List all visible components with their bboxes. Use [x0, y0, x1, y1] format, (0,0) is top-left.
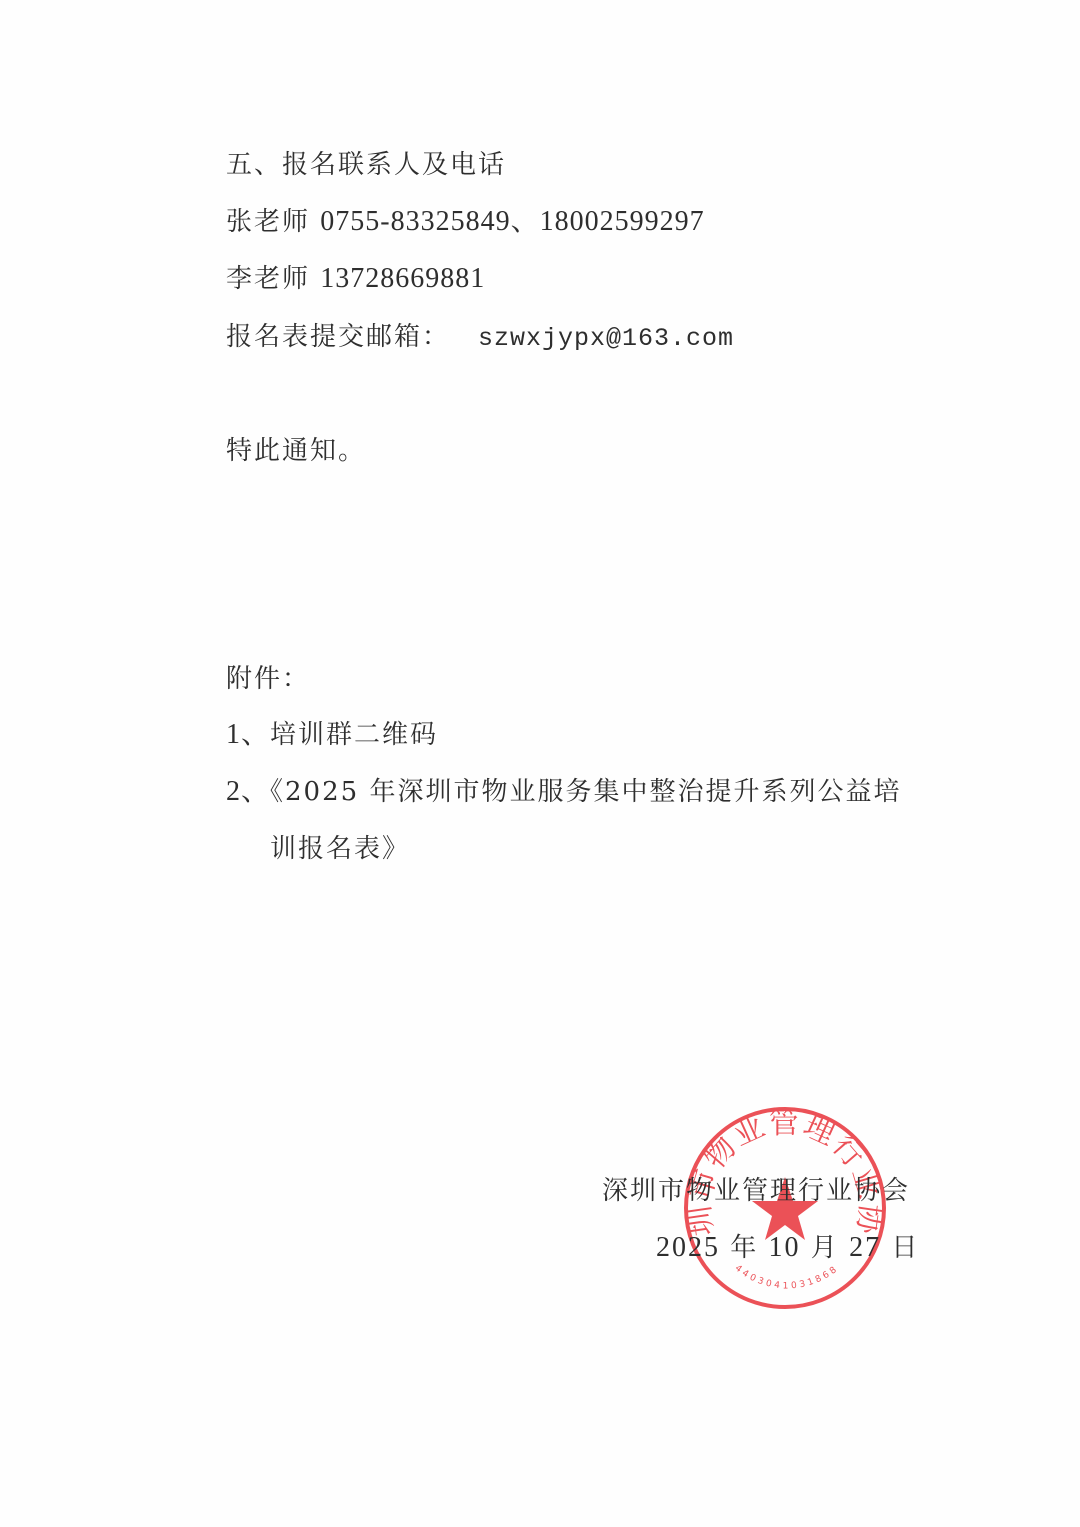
- section-heading: 五、报名联系人及电话: [226, 148, 506, 182]
- contact-phones[interactable]: 0755-83325849、18002599297: [320, 206, 704, 237]
- signature-date: 2025 年 10 月 27 日: [656, 1231, 919, 1265]
- date-day: 27: [849, 1232, 881, 1263]
- attachment-index: 1、: [226, 719, 270, 750]
- contact-line-2: 李老师 13728669881: [226, 262, 485, 296]
- attachment-title: 培训群二维码: [270, 720, 438, 750]
- official-seal-icon: 深圳市物业管理行业协会 4403041031868: [682, 1105, 888, 1311]
- date-month-suffix: 月: [801, 1233, 850, 1263]
- attachment-item-2: 2、《2025 年深圳市物业服务集中整治提升系列公益培: [226, 775, 901, 809]
- contact-name: 李老师: [226, 264, 310, 294]
- attachments-label: 附件：: [226, 662, 310, 696]
- document-page: 五、报名联系人及电话 张老师 0755-83325849、18002599297…: [0, 0, 1080, 1527]
- attachment-item-2-continued: 训报名表》: [270, 832, 410, 866]
- date-month: 10: [769, 1232, 801, 1263]
- attachment-item-1: 1、培训群二维码: [226, 718, 438, 752]
- email-line: 报名表提交邮箱：szwxjypx@163.com: [226, 320, 734, 356]
- seal-code: 4403041031868: [733, 1263, 841, 1291]
- contact-name: 张老师: [226, 207, 310, 237]
- contact-line-1: 张老师 0755-83325849、18002599297: [226, 205, 705, 239]
- email-label: 报名表提交邮箱：: [226, 322, 450, 352]
- date-day-suffix: 日: [881, 1233, 919, 1263]
- email-address[interactable]: szwxjypx@163.com: [478, 324, 734, 353]
- date-year-suffix: 年: [720, 1233, 769, 1263]
- date-year: 2025: [656, 1232, 720, 1263]
- closing-text: 特此通知。: [226, 434, 366, 468]
- attachment-index: 2、: [226, 776, 270, 807]
- attachment-title-line1: 《2025 年深圳市物业服务集中整治提升系列公益培: [270, 777, 901, 807]
- contact-phones[interactable]: 13728669881: [320, 263, 485, 294]
- svg-text:4403041031868: 4403041031868: [733, 1263, 841, 1291]
- signature-organization: 深圳市物业管理行业协会: [602, 1174, 910, 1208]
